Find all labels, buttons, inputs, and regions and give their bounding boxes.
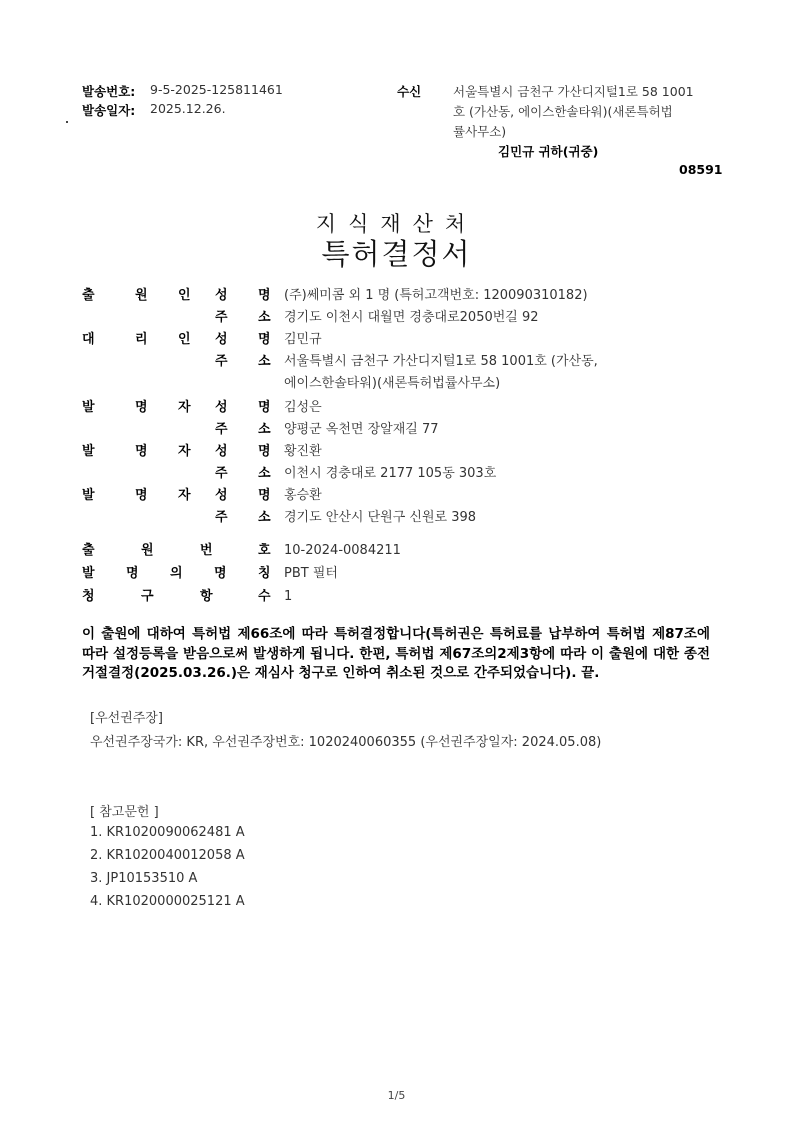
- role-char: 자: [178, 397, 191, 419]
- role-char: 성: [215, 285, 228, 307]
- label-char: 의: [170, 563, 183, 585]
- dispatch-date-label: 발송일자:: [82, 101, 135, 119]
- role-char: 성: [215, 485, 228, 507]
- priority-claim: 우선권주장국가: KR, 우선권주장번호: 1020240060355 (우선권…: [90, 731, 601, 750]
- recipient-address: 서울특별시 금천구 가산디지털1로 58 1001 호 (가산동, 에이스한솔타…: [453, 82, 694, 142]
- role-char: 자: [178, 485, 191, 507]
- invention-title: PBT 필터: [284, 563, 338, 585]
- role-char: 명: [258, 397, 271, 419]
- label-char: 발: [82, 563, 95, 585]
- label-char: 출: [82, 540, 95, 562]
- inventor-address: 경기도 안산시 단원구 신원로 398: [284, 507, 476, 529]
- document-title: 특허결정서: [0, 232, 793, 273]
- role-char: 명: [258, 329, 271, 351]
- role-char: 명: [258, 441, 271, 463]
- label-char: 명: [214, 563, 227, 585]
- role-char: 원: [135, 285, 148, 307]
- stray-dot: [66, 121, 68, 123]
- role-char: 명: [135, 397, 148, 419]
- role-char: 명: [135, 485, 148, 507]
- recipient-address-line: 률사무소): [453, 122, 694, 142]
- inventor-address: 이천시 경충대로 2177 105동 303호: [284, 463, 496, 485]
- reference-item: 1. KR1020090062481 A: [90, 825, 245, 840]
- role-char: 주: [215, 507, 228, 529]
- reference-item: 2. KR1020040012058 A: [90, 848, 245, 863]
- role-char: 성: [215, 397, 228, 419]
- label-char: 명: [126, 563, 139, 585]
- role-char: 소: [258, 307, 271, 329]
- role-char: 주: [215, 351, 228, 373]
- label-char: 수: [258, 586, 271, 608]
- applicant-name: (주)쎄미콤 외 1 명 (특허고객번호: 120090310182): [284, 285, 588, 307]
- priority-heading: [우선권주장]: [90, 707, 163, 726]
- role-char: 명: [258, 285, 271, 307]
- role-char: 소: [258, 351, 271, 373]
- role-char: 출: [82, 285, 95, 307]
- role-char: 주: [215, 307, 228, 329]
- role-char: 소: [258, 419, 271, 441]
- label-char: 호: [258, 540, 271, 562]
- role-char: 발: [82, 485, 95, 507]
- applicant-address: 경기도 이천시 대월면 경충대로2050번길 92: [284, 307, 539, 329]
- decision-statement: 이 출원에 대하여 특허법 제66조에 따라 특허결정합니다(특허권은 특허료를…: [82, 625, 710, 684]
- recipient-address-line: 호 (가산동, 에이스한솔타워)(새론특허법: [453, 102, 694, 122]
- label-char: 구: [141, 586, 154, 608]
- label-char: 원: [141, 540, 154, 562]
- role-char: 성: [215, 329, 228, 351]
- recipient-address-line: 서울특별시 금천구 가산디지털1로 58 1001: [453, 82, 694, 102]
- page-number: 1/5: [0, 1089, 793, 1102]
- role-char: 명: [135, 441, 148, 463]
- inventor-name: 황진환: [284, 441, 322, 463]
- dispatch-date: 2025.12.26.: [150, 101, 226, 116]
- role-char: 인: [178, 285, 191, 307]
- role-char: 명: [258, 485, 271, 507]
- role-char: 발: [82, 397, 95, 419]
- dispatch-number-label: 발송번호:: [82, 82, 135, 100]
- application-number: 10-2024-0084211: [284, 540, 401, 562]
- agent-address-continued: 에이스한솔타워)(새론특허법률사무소): [284, 373, 500, 395]
- role-char: 자: [178, 441, 191, 463]
- role-char: 대: [82, 329, 95, 351]
- role-char: 주: [215, 419, 228, 441]
- recipient-label: 수신: [397, 82, 421, 100]
- role-char: 리: [135, 329, 148, 351]
- inventor-name: 홍승환: [284, 485, 322, 507]
- inventor-address: 양평군 옥천면 장알재길 77: [284, 419, 439, 441]
- role-char: 소: [258, 463, 271, 485]
- label-char: 칭: [258, 563, 271, 585]
- reference-item: 3. JP10153510 A: [90, 871, 197, 886]
- postal-code: 08591: [679, 162, 723, 177]
- role-char: 소: [258, 507, 271, 529]
- role-char: 발: [82, 441, 95, 463]
- role-char: 성: [215, 441, 228, 463]
- references-heading: [ 참고문헌 ]: [90, 801, 159, 820]
- dispatch-number: 9-5-2025-125811461: [150, 82, 283, 97]
- label-char: 청: [82, 586, 95, 608]
- agent-name: 김민규: [284, 329, 322, 351]
- role-char: 인: [178, 329, 191, 351]
- inventor-name: 김성은: [284, 397, 322, 419]
- recipient-name: 김민규 귀하(귀중): [498, 142, 598, 160]
- reference-item: 4. KR1020000025121 A: [90, 894, 245, 909]
- label-char: 항: [200, 586, 213, 608]
- agent-address: 서울특별시 금천구 가산디지털1로 58 1001호 (가산동,: [284, 351, 598, 373]
- label-char: 번: [200, 540, 213, 562]
- claims-count: 1: [284, 586, 292, 608]
- role-char: 주: [215, 463, 228, 485]
